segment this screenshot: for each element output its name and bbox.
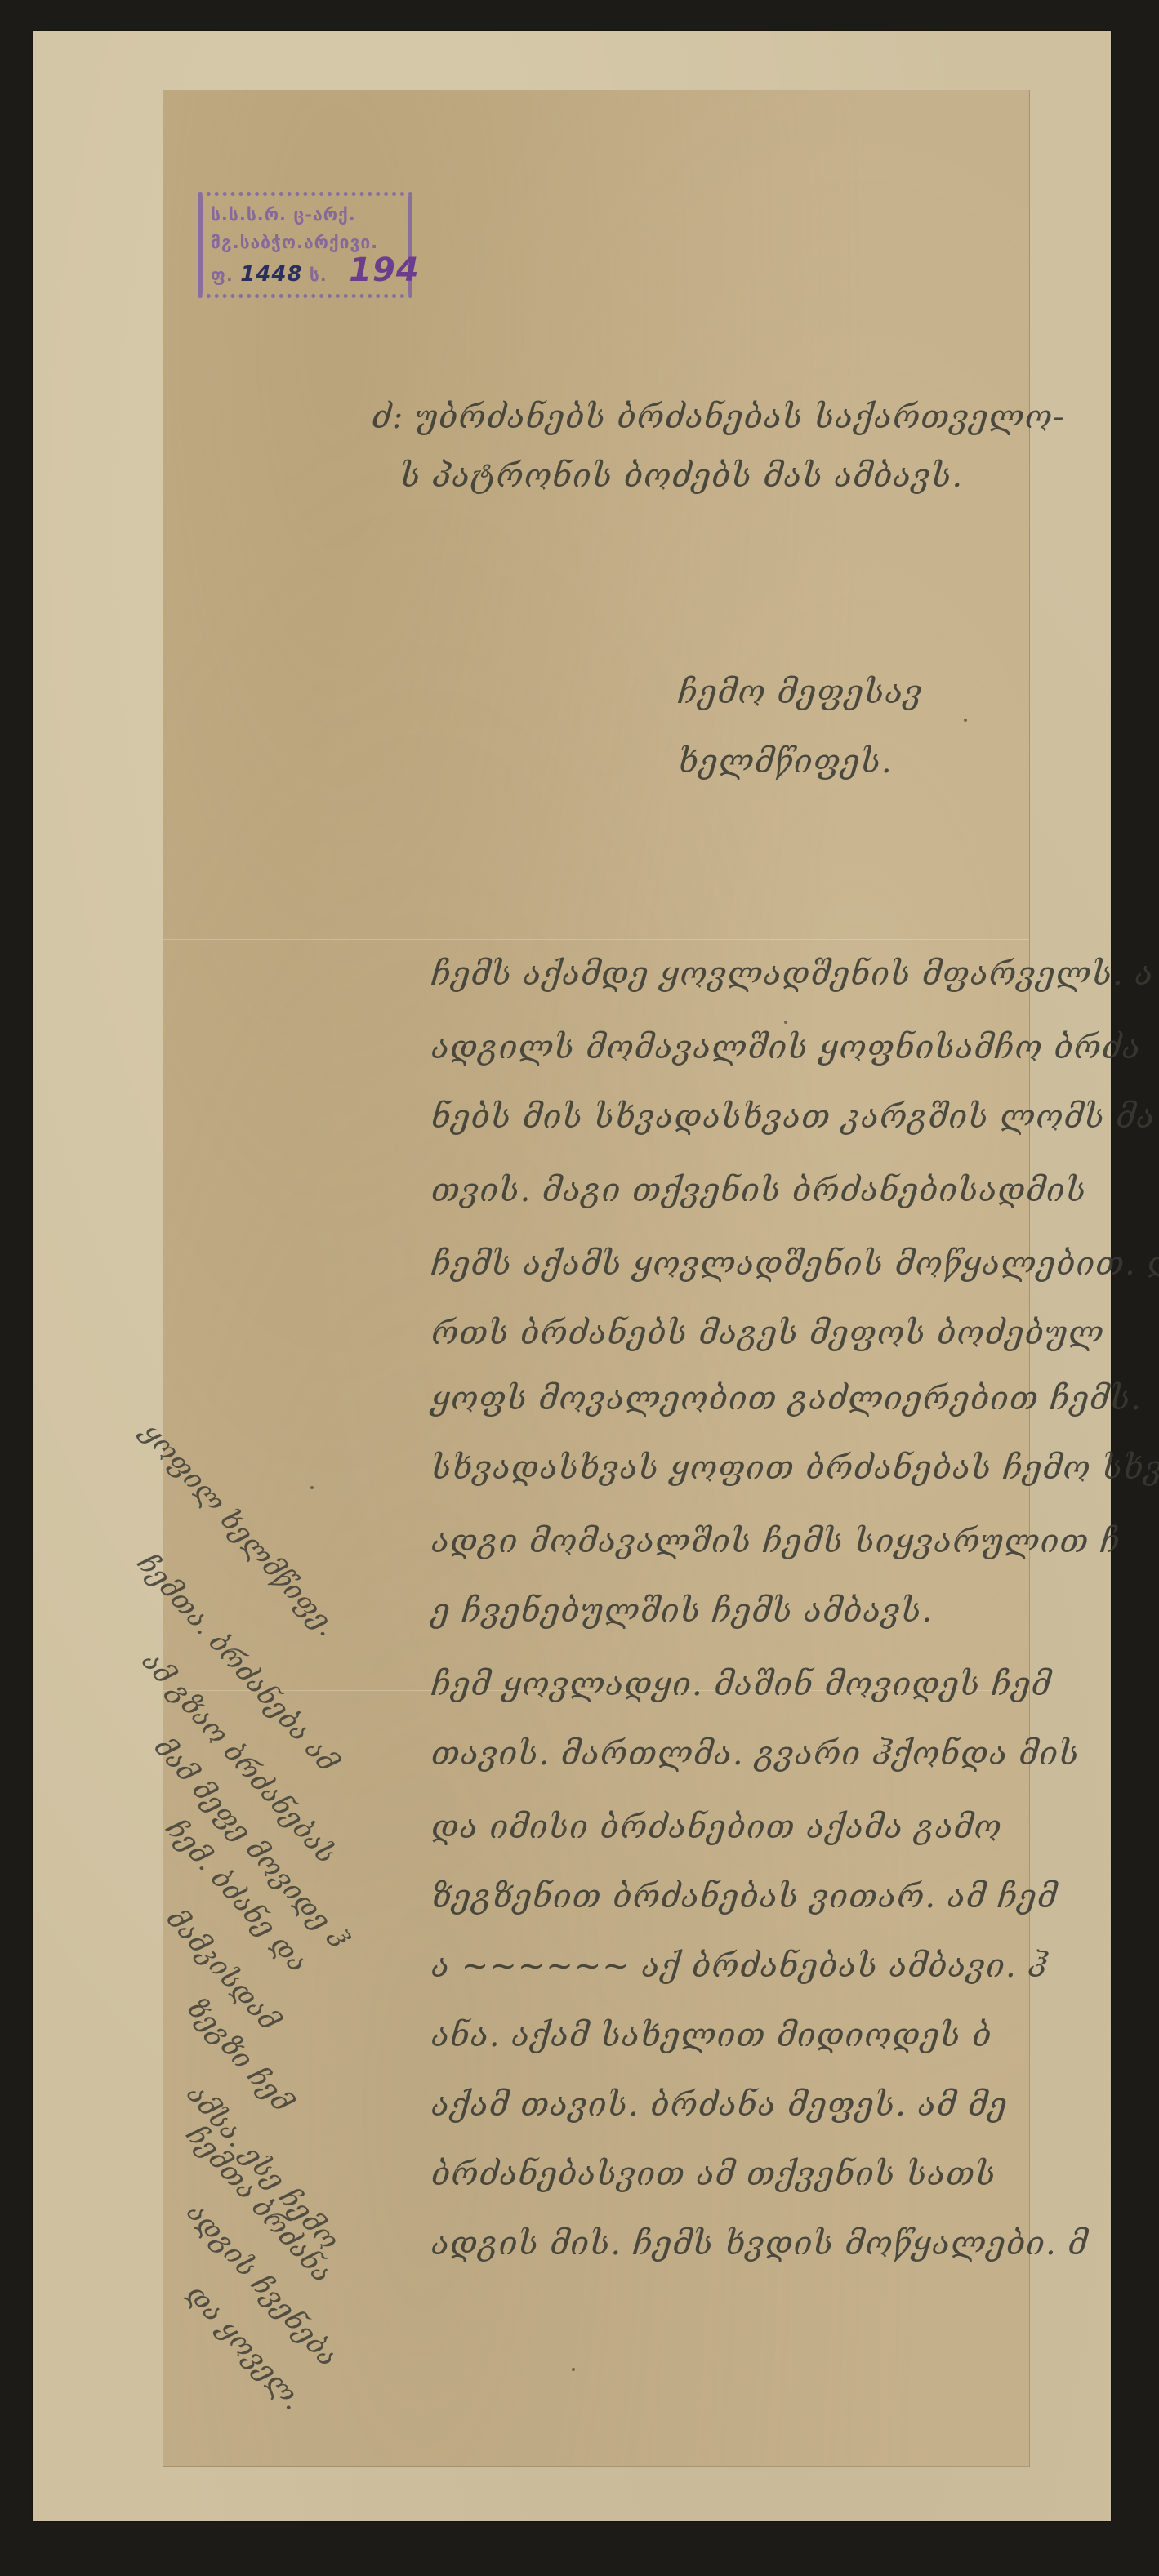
stamp-line-3: ფ. 1448 ს. 194 <box>211 256 400 289</box>
body-line: ჩემს აქამს ყოვლადშენის მოწყალებით. ღმე <box>431 1245 1159 1283</box>
body-line: ჩემ ყოვლადყი. მაშინ მოვიდეს ჩემ <box>431 1666 1052 1703</box>
archive-stamp: ს.ს.ს.რ. ც-არქ. მჷ.საბჭო.არქივი. ფ. 1448… <box>198 192 412 298</box>
body-line: და იმისი ბრძანებით აქამა გამო <box>431 1809 1002 1846</box>
body-line: ჩემს აქამდე ყოვლადშენის მფარველს. ა <box>431 955 1153 993</box>
ink-speck <box>964 719 967 722</box>
salutation-line-1: ჩემო მეფესავ <box>678 674 923 711</box>
body-line: ადგი მომავალშის ჩემს სიყვარულით ჩ <box>431 1523 1121 1560</box>
salutation-line-2: ხელმწიფეს. <box>678 743 893 781</box>
ink-speck <box>784 1021 787 1024</box>
body-line: ბრძანებასვით ამ თქვენის სათს <box>431 2156 996 2193</box>
body-line: სხვადასხვას ყოფით ბრძანებას ჩემო სხვა <box>431 1449 1159 1487</box>
stamp-prefix: ფ. <box>211 265 234 285</box>
body-line: ე ჩვენებულშის ჩემს ამბავს. <box>431 1592 933 1630</box>
heading-line-1: ძ: უბრძანებს ბრძანებას საქართველო- <box>372 398 1065 436</box>
body-line: ადგილს მომავალშის ყოფნისამჩო ბრძა <box>431 1029 1141 1066</box>
ink-speck <box>310 1486 314 1489</box>
stamp-line-1: ს.ს.ს.რ. ც-არქ. <box>211 201 400 229</box>
heading-line-2: ს პატრონის ბოძებს მას ამბავს. <box>400 457 963 495</box>
body-line: ზეგზენით ბრძანებას ვითარ. ამ ჩემ <box>431 1878 1058 1915</box>
body-line: თვის. მაგი თქვენის ბრძანებისადმის <box>431 1172 1086 1209</box>
body-line: ნებს მის სხვადასხვათ კარგშის ლომს მა <box>431 1098 1155 1136</box>
fold-line <box>163 939 1029 940</box>
body-line: ადგის მის. ჩემს ხვდის მოწყალები. მ <box>431 2225 1088 2262</box>
body-line: თავის. მართლმა. გვარი ჰქონდა მის <box>431 1735 1079 1773</box>
body-line: რთს ბრძანებს მაგეს მეფოს ბოძებულ <box>431 1315 1104 1352</box>
body-line: ა ~~~~~~ აქ ბრძანებას ამბავი. ჰ <box>431 1947 1048 1985</box>
body-line: ყოფს მოვალეობით გაძლიერებით ჩემს. <box>431 1380 1142 1417</box>
body-line: ანა. აქამ სახელით მიდიოდეს ბ <box>431 2017 992 2054</box>
stamp-suffix: ს. <box>310 265 328 285</box>
ink-speck <box>572 2368 575 2371</box>
body-line: აქამ თავის. ბრძანა მეფეს. ამ მე <box>431 2086 1008 2124</box>
stamp-item-number: 194 <box>349 251 420 289</box>
stamp-fond-number: 1448 <box>240 262 302 287</box>
